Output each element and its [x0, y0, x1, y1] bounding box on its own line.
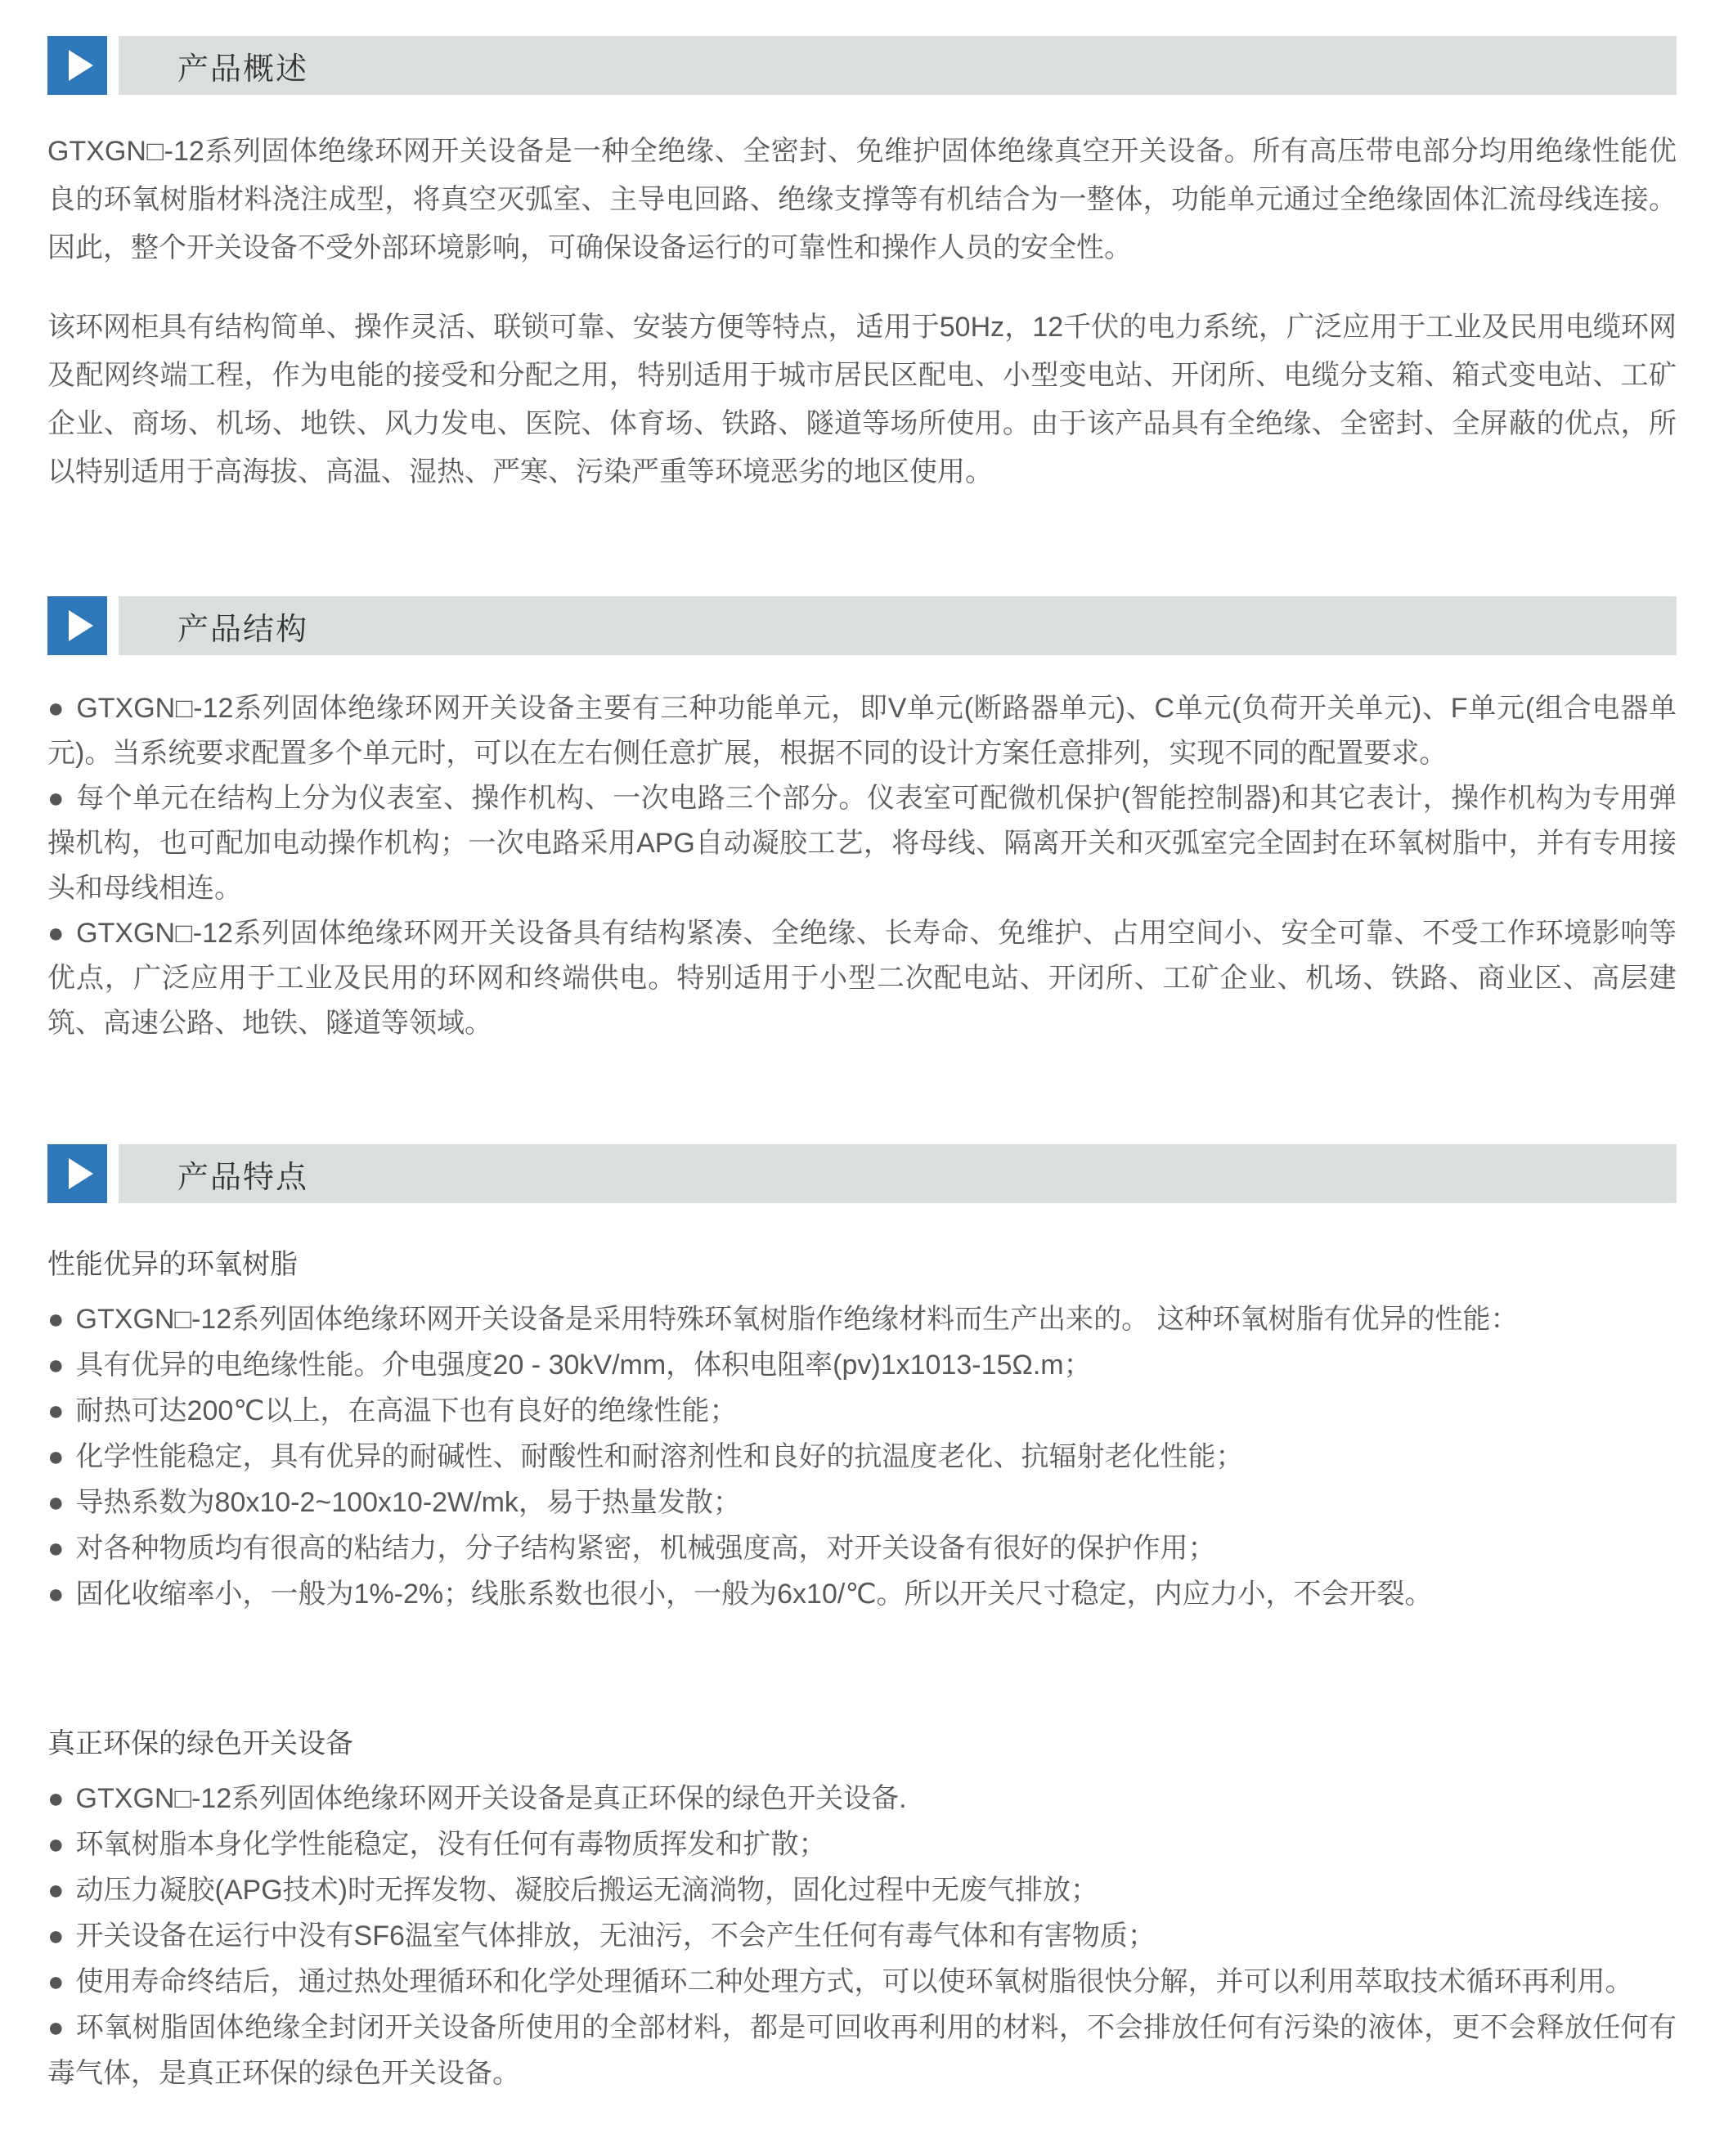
section-title: 产品结构 [119, 604, 308, 649]
arrow-right-icon [47, 36, 107, 95]
feature-bullet-text: 耐热可达200℃以上，在高温下也有良好的绝缘性能； [76, 1395, 738, 1426]
section-structure-header: 产品结构 [47, 596, 1677, 655]
feature-bullet: ●环氧树脂固体绝缘全封闭开关设备所使用的全部材料，都是可回收再利用的材料，不会排… [47, 2005, 1677, 2096]
bullet-icon: ● [47, 1966, 65, 1997]
feature-bullet: ●具有优异的电绝缘性能。介电强度20 - 30kV/mm，体积电阻率(pv)1x… [47, 1342, 1677, 1388]
section-title-bar: 产品结构 [119, 596, 1677, 655]
feature-bullet: ●固化收缩率小，一般为1%-2%；线胀系数也很小，一般为6x10/℃。所以开关尺… [47, 1571, 1677, 1617]
overview-paragraph: GTXGN□-12系列固体绝缘环网开关设备是一种全绝缘、全密封、免维护固体绝缘真… [47, 128, 1677, 272]
feature-bullet-text: 导热系数为80x10-2~100x10-2W/mk，易于热量发散； [76, 1487, 741, 1518]
feature-bullet-text: 环氧树脂本身化学性能稳定，没有任何有毒物质挥发和扩散； [76, 1829, 827, 1860]
bullet-icon: ● [47, 783, 65, 814]
overview-paragraph: 该环网柜具有结构简单、操作灵活、联锁可靠、安装方便等特点，适用于50Hz，12千… [47, 303, 1677, 496]
feature-bullet: ●GTXGN□-12系列固体绝缘环网开关设备是真正环保的绿色开关设备. [47, 1776, 1677, 1821]
feature-bullet-text: GTXGN□-12系列固体绝缘环网开关设备是采用特殊环氧树脂作绝缘材料而生产出来… [76, 1304, 1519, 1335]
structure-body: ●GTXGN□-12系列固体绝缘环网开关设备主要有三种功能单元，即V单元(断路器… [47, 686, 1677, 1046]
feature-bullet-text: 开关设备在运行中没有SF6温室气体排放，无油污，不会产生任何有毒气体和有害物质； [76, 1920, 1156, 1952]
feature-bullet-text: GTXGN□-12系列固体绝缘环网开关设备是真正环保的绿色开关设备. [76, 1783, 907, 1814]
bullet-icon: ● [47, 1579, 65, 1610]
feature-bullet: ●使用寿命终结后，通过热处理循环和化学处理循环二种处理方式，可以使环氧树脂很快分… [47, 1959, 1677, 2005]
section-title-bar: 产品概述 [119, 36, 1677, 95]
features-subtitle-green: 真正环保的绿色开关设备 [47, 1725, 1677, 1763]
bullet-icon: ● [47, 1395, 65, 1426]
features-subtitle-epoxy: 性能优异的环氧树脂 [47, 1246, 1677, 1283]
arrow-right-icon [47, 1144, 107, 1203]
section-title: 产品概述 [119, 43, 308, 88]
features-green-list: ●GTXGN□-12系列固体绝缘环网开关设备是真正环保的绿色开关设备. ●环氧树… [47, 1776, 1677, 2096]
bullet-icon: ● [47, 918, 65, 949]
section-title: 产品特点 [119, 1152, 308, 1197]
structure-bullet: ●每个单元在结构上分为仪表室、操作机构、一次电路三个部分。仪表室可配微机保护(智… [47, 776, 1677, 911]
features-epoxy-list: ●GTXGN□-12系列固体绝缘环网开关设备是采用特殊环氧树脂作绝缘材料而生产出… [47, 1296, 1677, 1617]
section-overview: 产品概述 GTXGN□-12系列固体绝缘环网开关设备是一种全绝缘、全密封、免维护… [47, 36, 1677, 496]
feature-bullet: ●耐热可达200℃以上，在高温下也有良好的绝缘性能； [47, 1388, 1677, 1434]
feature-bullet: ●导热系数为80x10-2~100x10-2W/mk，易于热量发散； [47, 1480, 1677, 1525]
structure-bullet-text: GTXGN□-12系列固体绝缘环网开关设备具有结构紧凑、全绝缘、长寿命、免维护、… [47, 918, 1677, 1039]
triangle-glyph [69, 610, 93, 641]
feature-bullet: ●动压力凝胶(APG技术)时无挥发物、凝胶后搬运无滴淌物，固化过程中无废气排放； [47, 1867, 1677, 1913]
section-structure: 产品结构 ●GTXGN□-12系列固体绝缘环网开关设备主要有三种功能单元，即V单… [47, 596, 1677, 1046]
bullet-icon: ● [47, 1441, 65, 1472]
catalog-page: 产品概述 GTXGN□-12系列固体绝缘环网开关设备是一种全绝缘、全密封、免维护… [0, 0, 1724, 2156]
section-features-header: 产品特点 [47, 1144, 1677, 1203]
triangle-glyph [69, 50, 93, 81]
bullet-icon: ● [47, 1487, 65, 1518]
feature-bullet-text: 使用寿命终结后，通过热处理循环和化学处理循环二种处理方式，可以使环氧树脂很快分解… [76, 1966, 1633, 1997]
feature-bullet: ●对各种物质均有很高的粘结力，分子结构紧密，机械强度高，对开关设备有很好的保护作… [47, 1525, 1677, 1571]
bullet-icon: ● [47, 1829, 65, 1860]
section-overview-header: 产品概述 [47, 36, 1677, 95]
arrow-right-icon [47, 596, 107, 655]
feature-bullet: ●开关设备在运行中没有SF6温室气体排放，无油污，不会产生任何有毒气体和有害物质… [47, 1913, 1677, 1959]
triangle-glyph [69, 1158, 93, 1189]
bullet-icon: ● [47, 693, 65, 724]
structure-bullet: ●GTXGN□-12系列固体绝缘环网开关设备主要有三种功能单元，即V单元(断路器… [47, 686, 1677, 776]
feature-bullet: ●化学性能稳定，具有优异的耐碱性、耐酸性和耐溶剂性和良好的抗温度老化、抗辐射老化… [47, 1434, 1677, 1480]
feature-bullet-text: 对各种物质均有很高的粘结力，分子结构紧密，机械强度高，对开关设备有很好的保护作用… [76, 1533, 1216, 1564]
structure-bullet-text: 每个单元在结构上分为仪表室、操作机构、一次电路三个部分。仪表室可配微机保护(智能… [47, 783, 1677, 904]
structure-bullet: ●GTXGN□-12系列固体绝缘环网开关设备具有结构紧凑、全绝缘、长寿命、免维护… [47, 911, 1677, 1046]
section-title-bar: 产品特点 [119, 1144, 1677, 1203]
bullet-icon: ● [47, 1920, 65, 1952]
feature-bullet: ●环氧树脂本身化学性能稳定，没有任何有毒物质挥发和扩散； [47, 1821, 1677, 1867]
section-features: 产品特点 性能优异的环氧树脂 ●GTXGN□-12系列固体绝缘环网开关设备是采用… [47, 1144, 1677, 2096]
bullet-icon: ● [47, 1783, 65, 1814]
structure-bullet-text: GTXGN□-12系列固体绝缘环网开关设备主要有三种功能单元，即V单元(断路器单… [47, 693, 1677, 769]
bullet-icon: ● [47, 1304, 65, 1335]
feature-bullet-text: 固化收缩率小，一般为1%-2%；线胀系数也很小，一般为6x10/℃。所以开关尺寸… [76, 1579, 1433, 1610]
feature-bullet-text: 环氧树脂固体绝缘全封闭开关设备所使用的全部材料，都是可回收再利用的材料，不会排放… [47, 2012, 1677, 2089]
feature-bullet-text: 化学性能稳定，具有优异的耐碱性、耐酸性和耐溶剂性和良好的抗温度老化、抗辐射老化性… [76, 1441, 1244, 1472]
bullet-icon: ● [47, 2012, 65, 2043]
bullet-icon: ● [47, 1875, 65, 1906]
bullet-icon: ● [47, 1350, 65, 1381]
overview-body: GTXGN□-12系列固体绝缘环网开关设备是一种全绝缘、全密封、免维护固体绝缘真… [47, 128, 1677, 496]
bullet-icon: ● [47, 1533, 65, 1564]
feature-bullet-text: 动压力凝胶(APG技术)时无挥发物、凝胶后搬运无滴淌物，固化过程中无废气排放； [76, 1875, 1098, 1906]
feature-bullet-text: 具有优异的电绝缘性能。介电强度20 - 30kV/mm，体积电阻率(pv)1x1… [76, 1350, 1092, 1381]
feature-bullet: ●GTXGN□-12系列固体绝缘环网开关设备是采用特殊环氧树脂作绝缘材料而生产出… [47, 1296, 1677, 1342]
